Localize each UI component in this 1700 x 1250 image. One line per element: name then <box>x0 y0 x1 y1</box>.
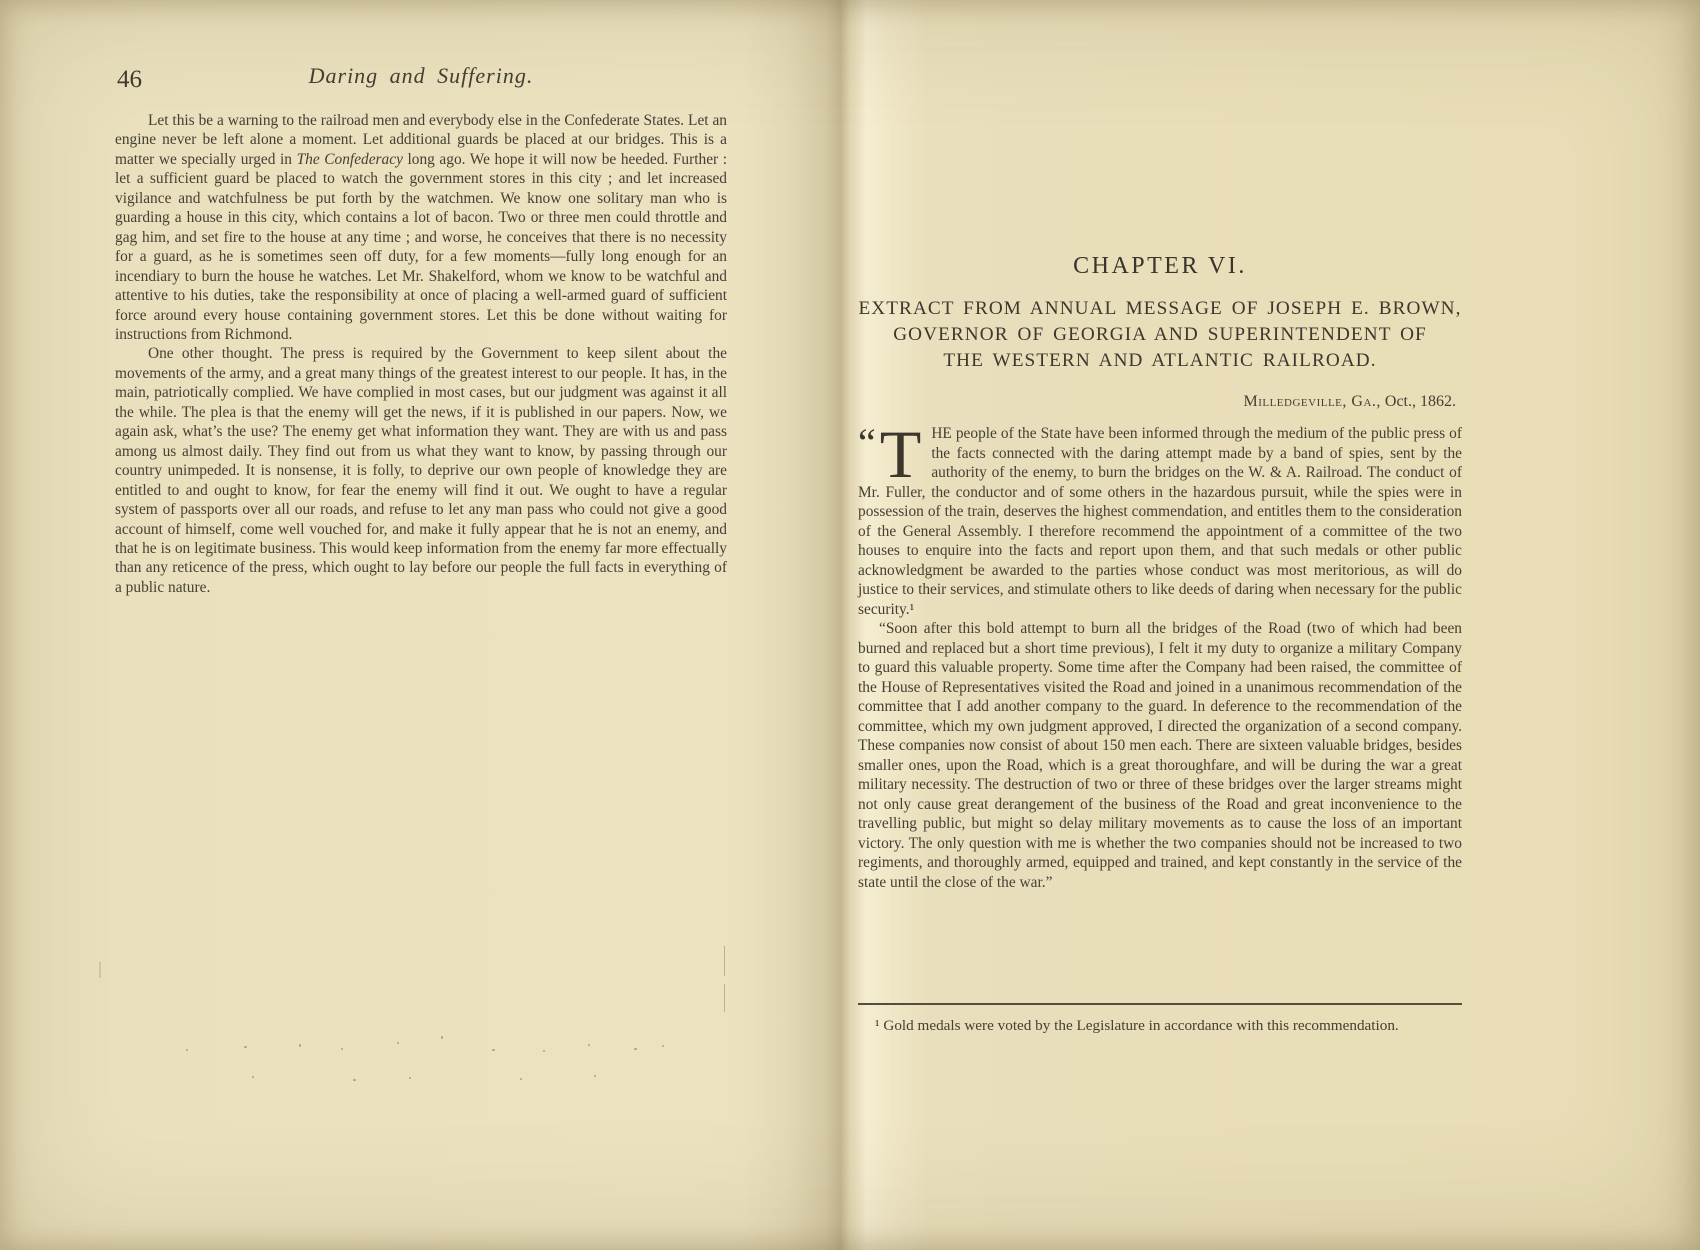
paragraph-text: HE people of the State have been informe… <box>858 425 1462 618</box>
drop-cap: T <box>880 428 922 480</box>
print-speck <box>492 1049 495 1051</box>
print-speck <box>397 1042 399 1044</box>
print-speck <box>594 1075 596 1077</box>
print-speck <box>299 1044 301 1047</box>
chapter-subtitle-line: THE WESTERN AND ATLANTIC RAILROAD. <box>858 348 1462 374</box>
print-speck <box>520 1078 522 1080</box>
right-page-body: “THE people of the State have been infor… <box>858 424 1462 892</box>
chapter-subtitle-line: GOVERNOR OF GEORGIA AND SUPERINTENDENT O… <box>858 322 1462 348</box>
paragraph-governor-message: “THE people of the State have been infor… <box>858 424 1462 619</box>
paragraph-military-company: “Soon after this bold attempt to burn al… <box>858 619 1462 892</box>
print-speck <box>252 1076 254 1078</box>
paragraph-text: long ago. We hope it will now be heeded.… <box>115 151 727 343</box>
print-speck <box>341 1048 343 1050</box>
print-speck <box>353 1079 356 1081</box>
paragraph-press: One other thought. The press is required… <box>115 344 727 597</box>
opening-quote-mark: “ <box>858 429 873 457</box>
running-head: Daring and Suffering. <box>115 63 727 89</box>
footnote: ¹ Gold medals were voted by the Legislat… <box>858 1016 1462 1035</box>
dateline: Milledgeville, Ga., Oct., 1862. <box>858 393 1456 411</box>
print-speck <box>662 1045 664 1047</box>
print-speck <box>441 1036 443 1039</box>
dateline-date: Oct., 1862. <box>1381 393 1456 410</box>
book-spread: 46 Daring and Suffering. Let this be a w… <box>0 0 1700 1250</box>
print-speck <box>186 1049 188 1051</box>
print-speck <box>543 1050 545 1052</box>
left-page-body: Let this be a warning to the railroad me… <box>115 111 727 597</box>
italic-newspaper-title: The Confederacy <box>297 151 403 168</box>
chapter-subtitle: EXTRACT FROM ANNUAL MESSAGE OF JOSEPH E.… <box>858 296 1462 374</box>
paragraph-warning: Let this be a warning to the railroad me… <box>115 111 727 344</box>
print-speck <box>244 1046 247 1048</box>
scan-mark <box>99 962 101 978</box>
print-speck <box>634 1048 637 1050</box>
scan-mark <box>724 946 725 976</box>
chapter-heading: CHAPTER VI. <box>858 253 1462 280</box>
chapter-subtitle-line: EXTRACT FROM ANNUAL MESSAGE OF JOSEPH E.… <box>858 296 1462 322</box>
footnote-rule <box>858 1003 1462 1005</box>
print-speck <box>409 1077 411 1079</box>
scan-mark <box>724 984 725 1012</box>
print-speck <box>588 1044 590 1046</box>
dateline-place: Milledgeville, Ga., <box>1243 393 1380 410</box>
